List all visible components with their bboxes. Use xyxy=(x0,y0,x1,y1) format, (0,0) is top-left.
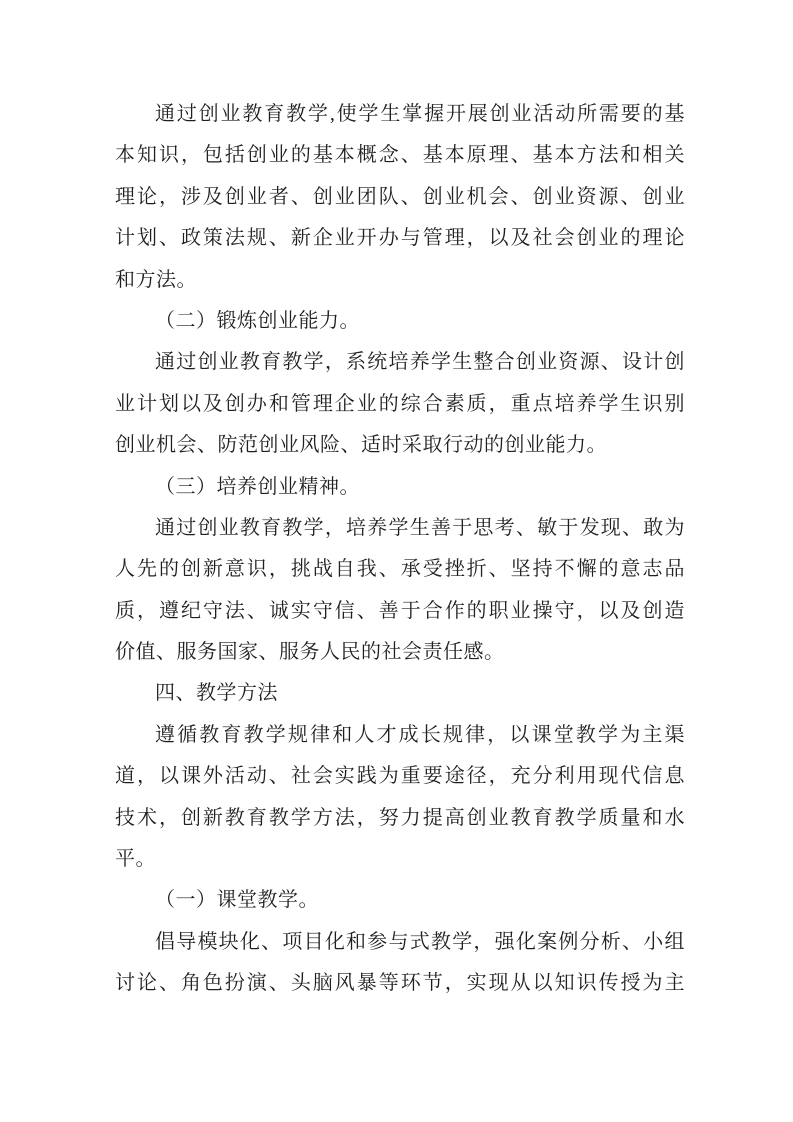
text-line: 通过创业教育教学,使学生掌握开展创业活动所需要的基 xyxy=(115,94,685,135)
text-line: 通过创业教育教学，培养学生善于思考、敏于发现、敢为 xyxy=(115,508,685,549)
text-line: 计划、政策法规、新企业开办与管理，以及社会创业的理论 xyxy=(115,218,685,259)
section-heading: （二）锻炼创业能力。 xyxy=(115,301,685,342)
text-line: 通过创业教育教学，系统培养学生整合创业资源、设计创 xyxy=(115,342,685,383)
text-line: 人先的创新意识，挑战自我、承受挫折、坚持不懈的意志品 xyxy=(115,549,685,590)
text-line: 倡导模块化、项目化和参与式教学，强化案例分析、小组 xyxy=(115,922,685,963)
text-line: 四、教学方法 xyxy=(115,673,685,714)
text-line: 技术，创新教育教学方法，努力提高创业教育教学质量和水 xyxy=(115,798,685,839)
body-paragraph: 倡导模块化、项目化和参与式教学，强化案例分析、小组讨论、角色扮演、头脑风暴等环节… xyxy=(115,922,685,1005)
text-line: 业计划以及创办和管理企业的综合素质，重点培养学生识别 xyxy=(115,384,685,425)
text-line: （三）培养创业精神。 xyxy=(115,467,685,508)
document-text-block: 通过创业教育教学,使学生掌握开展创业活动所需要的基本知识，包括创业的基本概念、基… xyxy=(115,94,685,1005)
section-heading: 四、教学方法 xyxy=(115,673,685,714)
body-paragraph: 通过创业教育教学，系统培养学生整合创业资源、设计创业计划以及创办和管理企业的综合… xyxy=(115,342,685,466)
document-page: 通过创业教育教学,使学生掌握开展创业活动所需要的基本知识，包括创业的基本概念、基… xyxy=(0,0,793,1122)
body-paragraph: 通过创业教育教学,使学生掌握开展创业活动所需要的基本知识，包括创业的基本概念、基… xyxy=(115,94,685,301)
text-line: 理论，涉及创业者、创业团队、创业机会、创业资源、创业 xyxy=(115,177,685,218)
text-line: 价值、服务国家、服务人民的社会责任感。 xyxy=(115,632,685,673)
text-line: 讨论、角色扮演、头脑风暴等环节，实现从以知识传授为主 xyxy=(115,963,685,1004)
text-line: 平。 xyxy=(115,839,685,880)
section-heading: （三）培养创业精神。 xyxy=(115,467,685,508)
text-line: （一）课堂教学。 xyxy=(115,880,685,921)
body-paragraph: 遵循教育教学规律和人才成长规律，以课堂教学为主渠道，以课外活动、社会实践为重要途… xyxy=(115,715,685,881)
text-line: （二）锻炼创业能力。 xyxy=(115,301,685,342)
text-line: 道，以课外活动、社会实践为重要途径，充分利用现代信息 xyxy=(115,756,685,797)
text-line: 遵循教育教学规律和人才成长规律，以课堂教学为主渠 xyxy=(115,715,685,756)
text-line: 本知识，包括创业的基本概念、基本原理、基本方法和相关 xyxy=(115,135,685,176)
body-paragraph: 通过创业教育教学，培养学生善于思考、敏于发现、敢为人先的创新意识，挑战自我、承受… xyxy=(115,508,685,674)
section-heading: （一）课堂教学。 xyxy=(115,880,685,921)
text-line: 创业机会、防范创业风险、适时采取行动的创业能力。 xyxy=(115,425,685,466)
text-line: 和方法。 xyxy=(115,260,685,301)
text-line: 质，遵纪守法、诚实守信、善于合作的职业操守，以及创造 xyxy=(115,591,685,632)
